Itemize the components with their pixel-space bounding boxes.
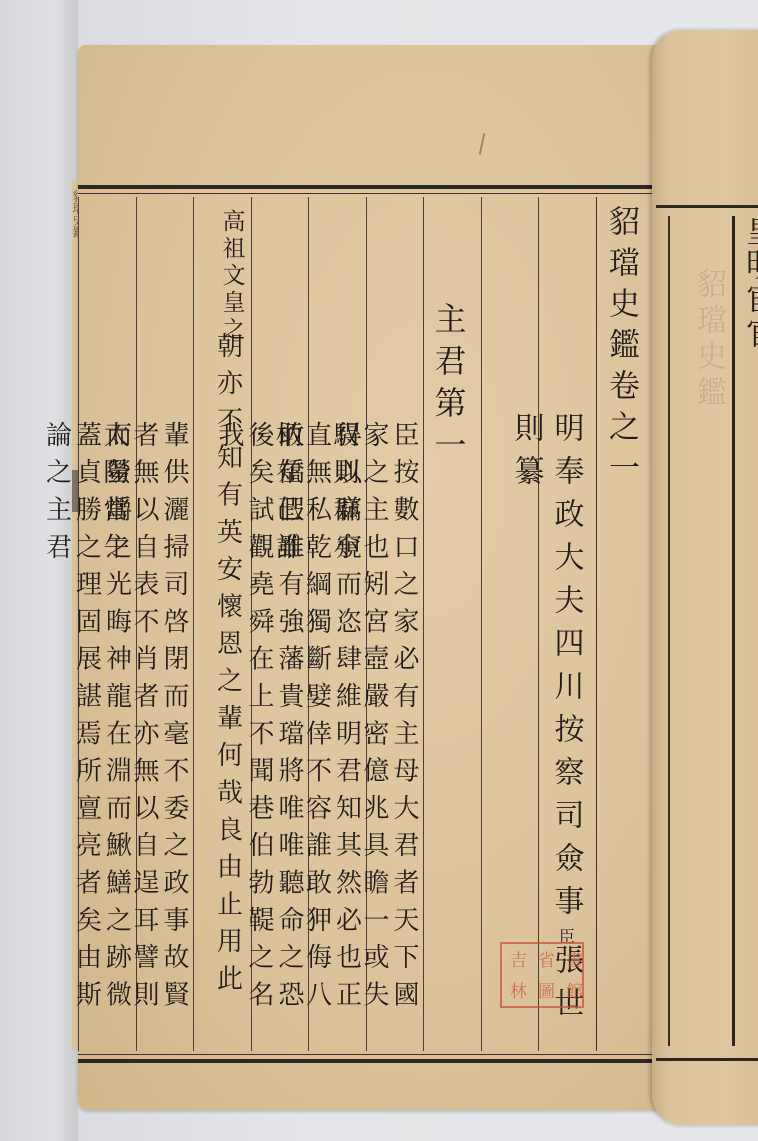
book-title: 貂璫史鑑卷之一 bbox=[601, 205, 641, 492]
elevated-honorific: 高祖文皇之 bbox=[219, 209, 245, 344]
author-title: 明奉政大夫四川按察司僉事 bbox=[549, 412, 584, 928]
text-column-3: 敢矯假雖有強藩貴璫將唯唯聽命之恐後矣試觀堯舜在上不聞巷伯勃鞮之名我 bbox=[251, 197, 309, 1051]
chapter-heading: 主君第一 bbox=[429, 302, 469, 470]
text-column-4: 高祖文皇之 朝亦不知有英安懷恩之輩何哉良由止用此 bbox=[193, 197, 251, 1051]
next-page-frame: 貂璫史鑑 皇明宦官 bbox=[656, 205, 758, 1061]
column-rule bbox=[732, 216, 735, 1046]
seal-char: 圖 bbox=[530, 975, 558, 1006]
bleed-through-text: 貂璫史鑑 bbox=[686, 268, 730, 412]
text-column-1: 臣按數口之家必有主母大君者天下國家之主也矧宮壼嚴密億兆具瞻一或失馭則群小 bbox=[366, 197, 424, 1051]
title-column: 貂璫史鑑卷之一 bbox=[596, 197, 654, 1051]
author-column: 明奉政大夫四川按察司僉事臣張世則纂 bbox=[538, 197, 596, 1051]
next-page-title: 皇明宦官 bbox=[740, 214, 758, 350]
seal-char: 館 bbox=[558, 975, 586, 1006]
paper-blemish bbox=[479, 133, 486, 155]
printed-frame: 貂璫史鑑卷之一 明奉政大夫四川按察司僉事臣張世則纂 主君第一 臣按數口之家必有主… bbox=[78, 185, 653, 1063]
seal-char: 林 bbox=[502, 975, 530, 1006]
chapter-column: 主君第一 bbox=[423, 197, 481, 1051]
seal-char: 省 bbox=[530, 944, 558, 975]
seal-char: 吉 bbox=[502, 944, 530, 975]
text-column-6: 而螢爝之光晦神龍在淵而鰍鱔之跡微蓋貞勝之理固展諶焉所亶亮者矣由斯論之主君 bbox=[78, 197, 136, 1051]
body-text: 朝亦不知有英安懷恩之輩何哉良由止用此 bbox=[213, 332, 243, 1002]
seal-char: 書 bbox=[558, 944, 586, 975]
blank-column bbox=[481, 197, 539, 1051]
column-rule bbox=[668, 216, 670, 1046]
text-column-2: 得以竊窺而恣肆維明君知其然必也正直無私乾綱獨斷嬖倖不容誰敢狎侮八柄在己誰 bbox=[308, 197, 366, 1051]
library-seal-stamp: 吉 省 書 林 圖 館 bbox=[500, 942, 584, 1008]
text-column-5: 輩供灑掃司啓閉而毫不委之政事故賢者無以自表不肖者亦無以自逞耳譬則太陽當午 bbox=[136, 197, 194, 1051]
body-text: 而螢爝之光晦神龍在淵而鰍鱔之跡微蓋貞勝之理固展諶焉所亶亮者矣由斯論之主君 bbox=[42, 421, 132, 1051]
text-columns: 貂璫史鑑卷之一 明奉政大夫四川按察司僉事臣張世則纂 主君第一 臣按數口之家必有主… bbox=[78, 197, 653, 1051]
line-b: 勝之理固展諶焉所亶亮者矣由斯論之主君 bbox=[42, 421, 102, 1018]
next-book-page: 貂璫史鑑 皇明宦官 bbox=[652, 30, 758, 1125]
